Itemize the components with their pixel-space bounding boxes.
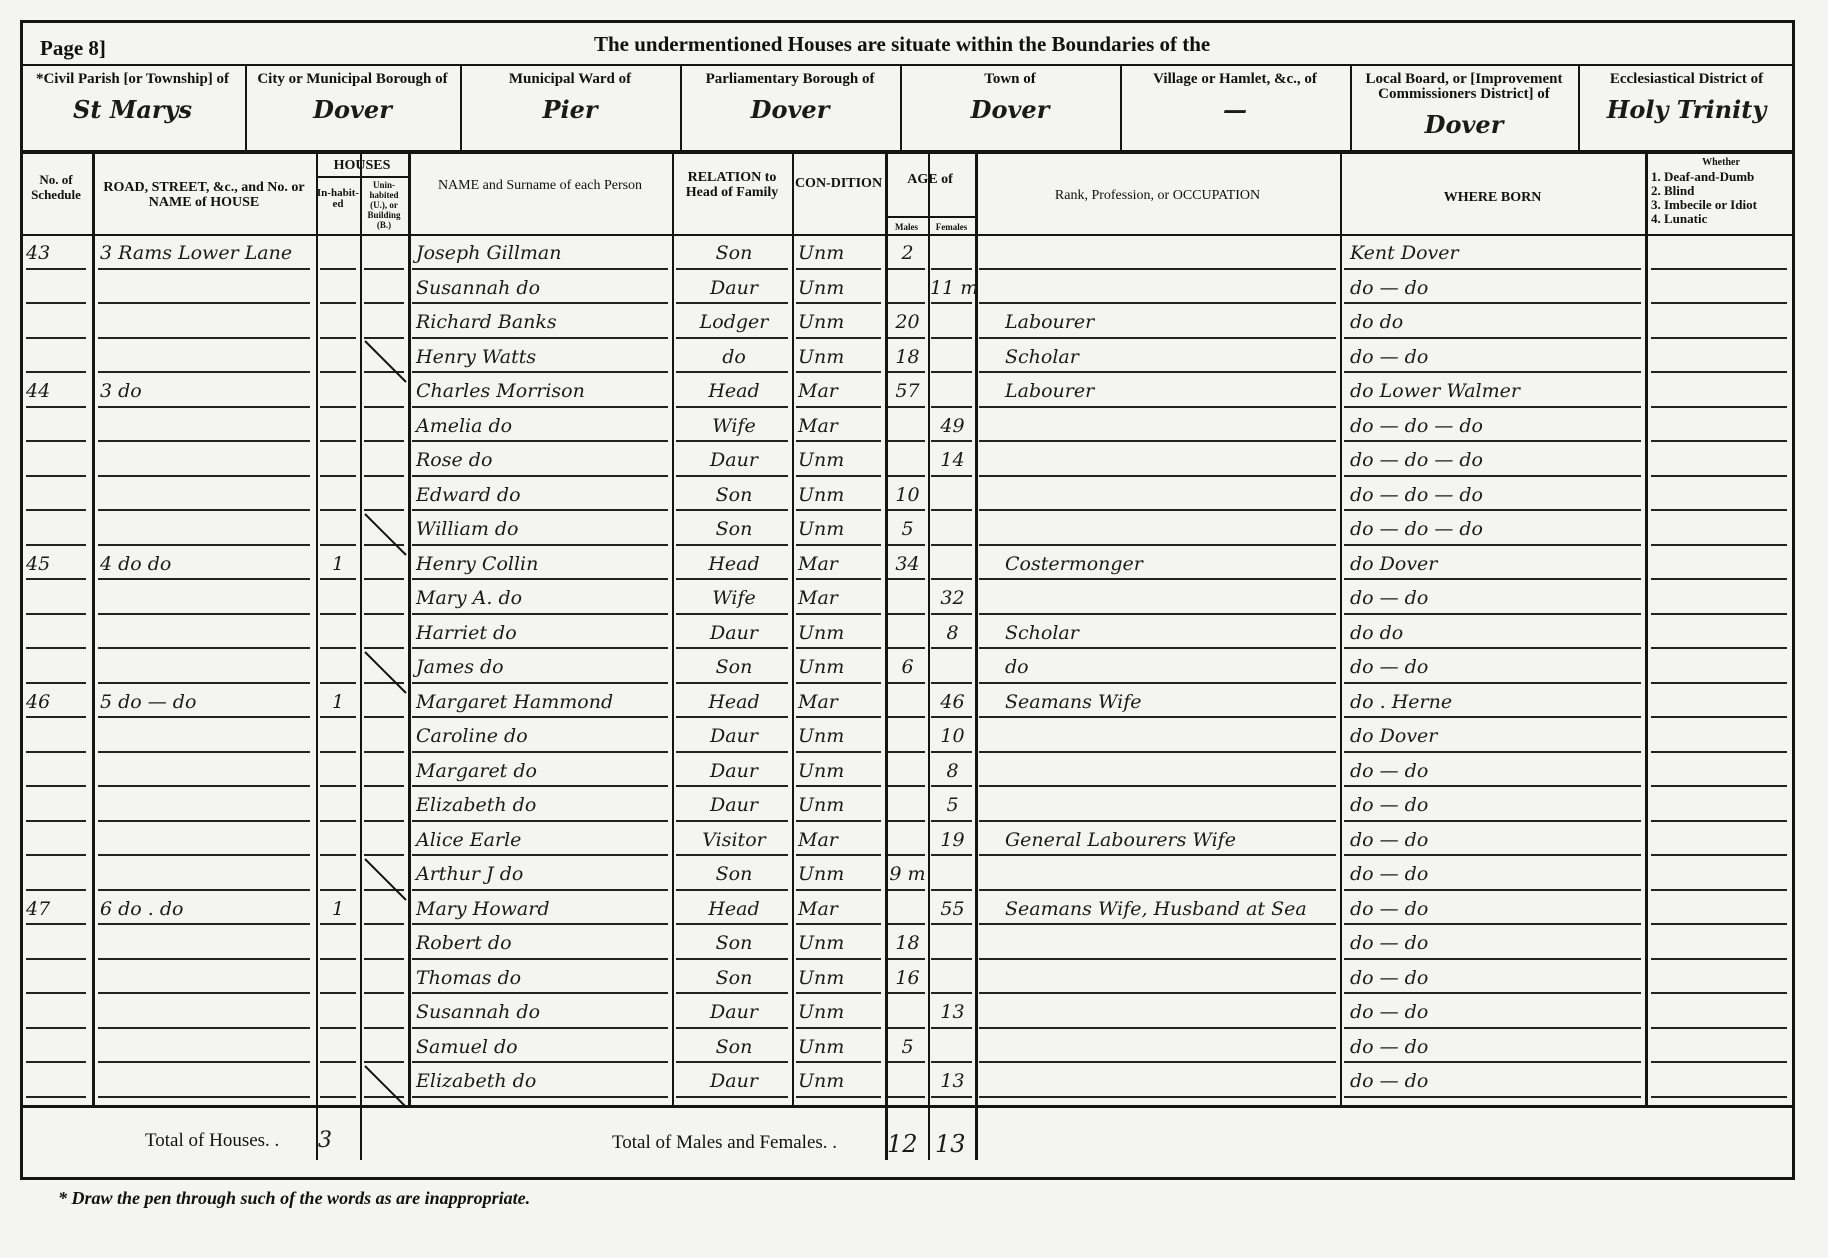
row-rule xyxy=(1651,785,1787,787)
row-rule xyxy=(1651,854,1787,856)
age-male: 9 m xyxy=(887,863,928,885)
table-row: Susannah doDaurUnm11 mdo — do xyxy=(0,271,1828,306)
row-rule xyxy=(979,544,1336,546)
table-row: Richard BanksLodgerUnm20Labourerdo do xyxy=(0,305,1828,340)
row-rule xyxy=(888,371,925,373)
condition: Unm xyxy=(798,622,883,644)
row-rule xyxy=(1651,509,1787,511)
table-row: 443 doCharles MorrisonHeadMar57Labourerd… xyxy=(0,374,1828,409)
schedule-number: 44 xyxy=(26,380,90,402)
where-born: do — do xyxy=(1350,794,1641,816)
table-row: Harriet doDaurUnm8Scholardo do xyxy=(0,616,1828,651)
row-rule xyxy=(1344,337,1641,339)
row-rule xyxy=(888,682,925,684)
row-rule xyxy=(931,1061,972,1063)
person-name: Susannah do xyxy=(416,277,670,299)
total-females-value: 13 xyxy=(935,1130,966,1158)
row-rule xyxy=(1651,475,1787,477)
row-rule xyxy=(320,1027,356,1029)
age-male: 57 xyxy=(887,380,928,402)
row-rule xyxy=(26,578,86,580)
occupation: Scholar xyxy=(1005,346,1336,368)
header-females: Females xyxy=(928,220,975,235)
condition: Mar xyxy=(798,898,883,920)
row-rule xyxy=(676,406,788,408)
row-rule xyxy=(1344,509,1641,511)
condition: Unm xyxy=(798,1070,883,1092)
row-rule xyxy=(931,785,972,787)
relation: Son xyxy=(678,242,790,264)
relation: Daur xyxy=(678,449,790,471)
relation: Head xyxy=(678,380,790,402)
row-rule xyxy=(979,785,1336,787)
row-rule xyxy=(320,992,356,994)
row-rule xyxy=(98,716,310,718)
row-rule xyxy=(26,647,86,649)
condition: Unm xyxy=(798,794,883,816)
row-rule xyxy=(26,406,86,408)
row-rule xyxy=(364,475,404,477)
row-rule xyxy=(796,682,881,684)
condition: Unm xyxy=(798,346,883,368)
relation: Head xyxy=(678,553,790,575)
age-female: 13 xyxy=(930,1070,975,1092)
row-rule xyxy=(364,337,404,339)
row-rule xyxy=(26,751,86,753)
row-rule xyxy=(364,578,404,580)
row-rule xyxy=(1344,406,1641,408)
where-born: do — do xyxy=(1350,932,1641,954)
row-rule xyxy=(364,268,404,270)
table-row: 465 do — do1Margaret HammondHeadMar46Sea… xyxy=(0,685,1828,720)
row-rule xyxy=(98,785,310,787)
row-rule xyxy=(26,613,86,615)
person-name: Samuel do xyxy=(416,1036,670,1058)
age-female: 10 xyxy=(930,725,975,747)
row-rule xyxy=(1344,923,1641,925)
table-row: 454 do do1Henry CollinHeadMar34Costermon… xyxy=(0,547,1828,582)
row-rule xyxy=(412,1096,668,1098)
row-rule xyxy=(412,268,668,270)
header-relation: RELATION to Head of Family xyxy=(672,170,792,200)
row-rule xyxy=(931,682,972,684)
row-rule xyxy=(1344,268,1641,270)
row-rule xyxy=(888,751,925,753)
header-schedule: No. of Schedule xyxy=(20,172,92,202)
row-rule xyxy=(1651,1096,1787,1098)
row-rule xyxy=(676,647,788,649)
row-rule xyxy=(26,475,86,477)
row-rule xyxy=(1651,958,1787,960)
row-rule xyxy=(320,337,356,339)
row-rule xyxy=(412,647,668,649)
row-rule xyxy=(796,371,881,373)
row-rule xyxy=(888,820,925,822)
row-rule xyxy=(364,992,404,994)
row-rule xyxy=(1344,302,1641,304)
row-rule xyxy=(979,1061,1336,1063)
row-rule xyxy=(364,854,404,856)
occupation: Labourer xyxy=(1005,380,1336,402)
where-born: do — do xyxy=(1350,587,1641,609)
row-rule xyxy=(320,302,356,304)
row-rule xyxy=(98,440,310,442)
row-rule xyxy=(676,992,788,994)
row-rule xyxy=(931,406,972,408)
row-rule xyxy=(98,923,310,925)
boundary-value: Dover xyxy=(245,95,460,124)
row-rule xyxy=(26,889,86,891)
boundary-label: Town of xyxy=(900,72,1120,87)
inhabited-count: 1 xyxy=(316,553,360,575)
header-males: Males xyxy=(885,220,928,235)
condition: Mar xyxy=(798,415,883,437)
row-rule xyxy=(979,302,1336,304)
header-whether-title: Whether xyxy=(1651,156,1791,170)
row-rule xyxy=(26,1027,86,1029)
row-rule xyxy=(412,371,668,373)
row-rule xyxy=(796,1096,881,1098)
table-row: Susannah doDaurUnm13do — do xyxy=(0,995,1828,1030)
row-rule xyxy=(98,889,310,891)
occupation: Scholar xyxy=(1005,622,1336,644)
header-inhabited: In-habit-ed xyxy=(316,188,360,210)
header-whether-item: 2. Blind xyxy=(1651,184,1791,198)
row-rule xyxy=(1651,337,1787,339)
row-rule xyxy=(931,509,972,511)
row-rule xyxy=(931,578,972,580)
condition: Unm xyxy=(798,656,883,678)
row-rule xyxy=(1344,440,1641,442)
schedule-number: 43 xyxy=(26,242,90,264)
where-born: do — do xyxy=(1350,898,1641,920)
row-rule xyxy=(796,475,881,477)
table-row: Edward doSonUnm10do — do — do xyxy=(0,478,1828,513)
table-row: 433 Rams Lower LaneJoseph GillmanSonUnm2… xyxy=(0,236,1828,271)
relation: Wife xyxy=(678,587,790,609)
row-rule xyxy=(676,854,788,856)
condition: Mar xyxy=(798,553,883,575)
row-rule xyxy=(888,992,925,994)
table-row: Robert doSonUnm18do — do xyxy=(0,926,1828,961)
row-rule xyxy=(888,613,925,615)
row-rule xyxy=(1651,992,1787,994)
boundary-field: Town ofDover xyxy=(900,72,1120,148)
row-rule xyxy=(364,440,404,442)
boundary-field: Municipal Ward ofPier xyxy=(460,72,680,148)
row-rule xyxy=(1651,544,1787,546)
row-rule xyxy=(931,1027,972,1029)
house-address: 5 do — do xyxy=(100,691,314,713)
row-rule xyxy=(320,889,356,891)
row-rule xyxy=(979,923,1336,925)
row-rule xyxy=(931,371,972,373)
person-name: William do xyxy=(416,518,670,540)
row-rule xyxy=(888,578,925,580)
age-female: 49 xyxy=(930,415,975,437)
row-rule xyxy=(979,371,1336,373)
row-rule xyxy=(320,785,356,787)
boundary-label: Parliamentary Borough of xyxy=(680,72,900,87)
row-rule xyxy=(931,544,972,546)
table-row: Amelia doWifeMar49do — do — do xyxy=(0,409,1828,444)
row-rule xyxy=(98,820,310,822)
row-rule xyxy=(1651,751,1787,753)
schedule-number: 47 xyxy=(26,898,90,920)
row-rule xyxy=(320,682,356,684)
divider xyxy=(1578,66,1580,150)
row-rule xyxy=(412,1061,668,1063)
row-rule xyxy=(412,992,668,994)
relation: Head xyxy=(678,691,790,713)
row-rule xyxy=(1344,371,1641,373)
condition: Unm xyxy=(798,518,883,540)
where-born: do — do xyxy=(1350,863,1641,885)
row-rule xyxy=(364,1061,404,1063)
row-rule xyxy=(979,268,1336,270)
table-row: Samuel doSonUnm5do — do xyxy=(0,1030,1828,1065)
relation: Daur xyxy=(678,622,790,644)
row-rule xyxy=(364,613,404,615)
row-rule xyxy=(320,958,356,960)
age-male: 16 xyxy=(887,967,928,989)
relation: do xyxy=(678,346,790,368)
row-rule xyxy=(796,958,881,960)
row-rule xyxy=(412,923,668,925)
age-male: 5 xyxy=(887,518,928,540)
row-rule xyxy=(1344,1027,1641,1029)
relation: Daur xyxy=(678,1070,790,1092)
row-rule xyxy=(979,1096,1336,1098)
row-rule xyxy=(796,889,881,891)
header-occupation: Rank, Profession, or OCCUPATION xyxy=(975,188,1340,203)
row-rule xyxy=(364,751,404,753)
row-rule xyxy=(676,716,788,718)
relation: Daur xyxy=(678,277,790,299)
where-born: do — do — do xyxy=(1350,415,1641,437)
row-rule xyxy=(1651,578,1787,580)
where-born: do — do — do xyxy=(1350,518,1641,540)
relation: Son xyxy=(678,967,790,989)
age-female: 13 xyxy=(930,1001,975,1023)
row-rule xyxy=(796,578,881,580)
row-rule xyxy=(676,302,788,304)
row-rule xyxy=(1344,820,1641,822)
row-rule xyxy=(364,958,404,960)
row-rule xyxy=(98,613,310,615)
row-rule xyxy=(931,751,972,753)
row-rule xyxy=(320,440,356,442)
divider xyxy=(885,216,975,218)
row-rule xyxy=(979,992,1336,994)
row-rule xyxy=(320,820,356,822)
where-born: do — do — do xyxy=(1350,449,1641,471)
page-title: The undermentioned Houses are situate wi… xyxy=(594,32,1210,57)
row-rule xyxy=(1651,716,1787,718)
row-rule xyxy=(98,682,310,684)
row-rule xyxy=(26,509,86,511)
row-rule xyxy=(1344,544,1641,546)
boundary-field: City or Municipal Borough ofDover xyxy=(245,72,460,148)
row-rule xyxy=(26,682,86,684)
person-name: Rose do xyxy=(416,449,670,471)
boundary-value: Dover xyxy=(900,95,1120,124)
divider xyxy=(20,1105,1795,1108)
divider xyxy=(316,176,408,178)
where-born: do . Herne xyxy=(1350,691,1641,713)
row-rule xyxy=(320,268,356,270)
table-row: Margaret doDaurUnm8do — do xyxy=(0,754,1828,789)
row-rule xyxy=(412,475,668,477)
boundary-label: City or Municipal Borough of xyxy=(245,72,460,87)
row-rule xyxy=(26,302,86,304)
row-rule xyxy=(320,1061,356,1063)
row-rule xyxy=(1651,647,1787,649)
relation: Son xyxy=(678,656,790,678)
row-rule xyxy=(888,785,925,787)
row-rule xyxy=(676,958,788,960)
row-rule xyxy=(676,371,788,373)
row-rule xyxy=(931,923,972,925)
row-rule xyxy=(364,923,404,925)
row-rule xyxy=(796,647,881,649)
row-rule xyxy=(26,1061,86,1063)
inhabited-count: 1 xyxy=(316,898,360,920)
row-rule xyxy=(98,854,310,856)
row-rule xyxy=(98,1096,310,1098)
table-row: Henry WattsdoUnm18Scholardo — do xyxy=(0,340,1828,375)
row-rule xyxy=(412,544,668,546)
person-name: Alice Earle xyxy=(416,829,670,851)
row-rule xyxy=(412,302,668,304)
row-rule xyxy=(1651,406,1787,408)
table-row: Alice EarleVisitorMar19General Labourers… xyxy=(0,823,1828,858)
row-rule xyxy=(1344,647,1641,649)
row-rule xyxy=(676,1096,788,1098)
house-address: 4 do do xyxy=(100,553,314,575)
divider xyxy=(1350,66,1352,150)
boundary-label: Local Board, or [Improvement Commissione… xyxy=(1350,72,1578,102)
condition: Mar xyxy=(798,691,883,713)
condition: Mar xyxy=(798,587,883,609)
row-rule xyxy=(888,958,925,960)
row-rule xyxy=(796,716,881,718)
row-rule xyxy=(364,785,404,787)
occupation: Labourer xyxy=(1005,311,1336,333)
boundary-field: *Civil Parish [or Township] ofSt Marys xyxy=(20,72,245,148)
person-name: Elizabeth do xyxy=(416,1070,670,1092)
row-rule xyxy=(320,716,356,718)
house-address: 6 do . do xyxy=(100,898,314,920)
row-rule xyxy=(979,578,1336,580)
row-rule xyxy=(26,923,86,925)
row-rule xyxy=(320,406,356,408)
row-rule xyxy=(98,958,310,960)
row-rule xyxy=(796,923,881,925)
person-name: Thomas do xyxy=(416,967,670,989)
boundary-value: St Marys xyxy=(20,95,245,124)
house-address: 3 Rams Lower Lane xyxy=(100,242,314,264)
row-rule xyxy=(1344,475,1641,477)
relation: Lodger xyxy=(678,311,790,333)
row-rule xyxy=(26,958,86,960)
row-rule xyxy=(1344,613,1641,615)
where-born: do — do xyxy=(1350,829,1641,851)
row-rule xyxy=(796,992,881,994)
row-rule xyxy=(796,302,881,304)
where-born: do Dover xyxy=(1350,725,1641,747)
row-rule xyxy=(26,992,86,994)
row-rule xyxy=(98,302,310,304)
row-rule xyxy=(888,854,925,856)
row-rule xyxy=(1344,1096,1641,1098)
relation: Daur xyxy=(678,760,790,782)
where-born: do — do xyxy=(1350,346,1641,368)
row-rule xyxy=(888,440,925,442)
condition: Unm xyxy=(798,932,883,954)
row-rule xyxy=(796,785,881,787)
row-rule xyxy=(888,406,925,408)
row-rule xyxy=(1651,820,1787,822)
divider xyxy=(20,64,1795,66)
age-male: 5 xyxy=(887,1036,928,1058)
total-persons-label: Total of Males and Females. . xyxy=(612,1132,837,1154)
person-name: Margaret Hammond xyxy=(416,691,670,713)
row-rule xyxy=(796,509,881,511)
table-row: Rose doDaurUnm14do — do — do xyxy=(0,443,1828,478)
condition: Unm xyxy=(798,725,883,747)
boundary-label: Village or Hamlet, &c., of xyxy=(1120,72,1350,87)
age-female: 19 xyxy=(930,829,975,851)
where-born: do do xyxy=(1350,622,1641,644)
divider xyxy=(20,150,1795,154)
row-rule xyxy=(412,958,668,960)
boundary-value: Dover xyxy=(1350,110,1578,139)
row-rule xyxy=(320,371,356,373)
boundary-label: Municipal Ward of xyxy=(460,72,680,87)
header-whether-item: 1. Deaf-and-Dumb xyxy=(1651,170,1791,184)
row-rule xyxy=(26,544,86,546)
relation: Son xyxy=(678,863,790,885)
row-rule xyxy=(98,992,310,994)
relation: Wife xyxy=(678,415,790,437)
table-row: William doSonUnm5do — do — do xyxy=(0,512,1828,547)
row-rule xyxy=(676,1027,788,1029)
row-rule xyxy=(1651,682,1787,684)
row-rule xyxy=(412,1027,668,1029)
row-rule xyxy=(979,820,1336,822)
age-female: 55 xyxy=(930,898,975,920)
boundary-label: Ecclesiastical District of xyxy=(1578,72,1795,87)
row-rule xyxy=(931,958,972,960)
house-address: 3 do xyxy=(100,380,314,402)
age-female: 32 xyxy=(930,587,975,609)
row-rule xyxy=(931,613,972,615)
row-rule xyxy=(676,820,788,822)
row-rule xyxy=(1344,578,1641,580)
condition: Mar xyxy=(798,380,883,402)
where-born: do — do — do xyxy=(1350,484,1641,506)
row-rule xyxy=(26,440,86,442)
row-rule xyxy=(979,337,1336,339)
age-male: 2 xyxy=(887,242,928,264)
row-rule xyxy=(1651,440,1787,442)
row-rule xyxy=(98,578,310,580)
person-name: Amelia do xyxy=(416,415,670,437)
row-rule xyxy=(979,1027,1336,1029)
age-female: 46 xyxy=(930,691,975,713)
person-name: Susannah do xyxy=(416,1001,670,1023)
